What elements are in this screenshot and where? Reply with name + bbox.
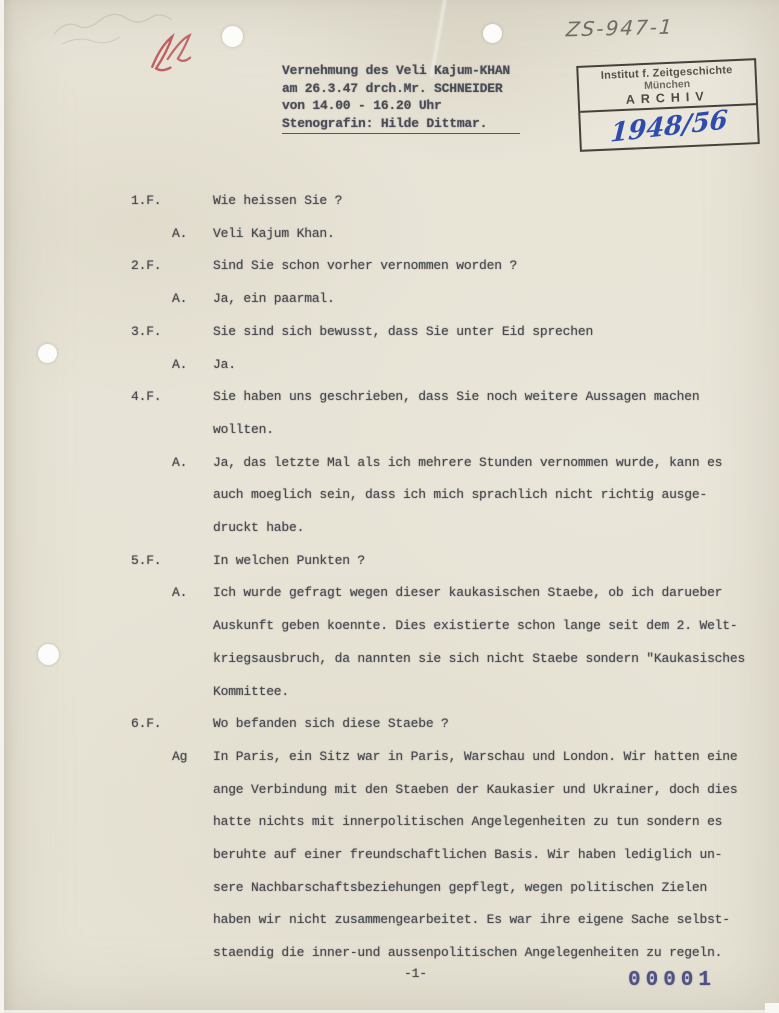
line-text: auch moeglich sein, dass ich mich sprach… (213, 487, 707, 502)
transcript-body: 1.F.Wie heissen Sie ?A.Veli Kajum Khan.2… (0, 0, 779, 1013)
scanned-document-page: ZS-947-1 Vernehmung des Veli Kajum-KHAN … (0, 0, 779, 1013)
line-text: haben wir nicht zusammengearbeitet. Es w… (213, 912, 730, 927)
line-label: Ag (172, 749, 187, 764)
serial-number-stamp: 00001 (628, 969, 716, 992)
continuation-line: ange Verbindung mit den Staeben der Kauk… (0, 782, 779, 804)
line-label: A. (172, 455, 187, 470)
line-text: In welchen Punkten ? (213, 553, 365, 568)
continuation-line: beruhte auf einer freundschaftlichen Bas… (0, 847, 779, 869)
answer-line: A.Ja. (0, 357, 779, 379)
continuation-line: sere Nachbarschaftsbeziehungen gepflegt,… (0, 880, 779, 902)
line-text: Ja, das letzte Mal als ich mehrere Stund… (213, 455, 722, 470)
line-label: 3.F. (131, 324, 161, 339)
line-text: kriegsausbruch, da nannten sie sich nich… (213, 651, 745, 666)
line-label: A. (172, 357, 187, 372)
answer-line: AgIn Paris, ein Sitz war in Paris, Warsc… (0, 749, 779, 771)
question-line: 1.F.Wie heissen Sie ? (0, 193, 779, 215)
line-label: A. (172, 226, 187, 241)
line-text: Sie haben uns geschrieben, dass Sie noch… (213, 389, 699, 404)
line-text: Auskunft geben koennte. Dies existierte … (213, 618, 738, 633)
answer-line: A.Ja, das letzte Mal als ich mehrere Stu… (0, 455, 779, 477)
question-line: 3.F.Sie sind sich bewusst, dass Sie unte… (0, 324, 779, 346)
line-text: Sind Sie schon vorher vernommen worden ? (213, 258, 517, 273)
line-text: Wo befanden sich diese Staebe ? (213, 716, 449, 731)
line-text: Ja. (213, 357, 236, 372)
line-text: Veli Kajum Khan. (213, 226, 335, 241)
line-text: Kommittee. (213, 684, 289, 699)
line-text: druckt habe. (213, 520, 304, 535)
continuation-line: wollten. (0, 422, 779, 444)
continuation-line: kriegsausbruch, da nannten sie sich nich… (0, 651, 779, 673)
continuation-line: haben wir nicht zusammengearbeitet. Es w… (0, 912, 779, 934)
line-text: ange Verbindung mit den Staeben der Kauk… (213, 782, 738, 797)
continuation-line: Kommittee. (0, 684, 779, 706)
question-line: 2.F.Sind Sie schon vorher vernommen word… (0, 258, 779, 280)
line-label: 6.F. (131, 716, 161, 731)
continuation-line: hatte nichts mit innerpolitischen Angele… (0, 814, 779, 836)
line-label: 5.F. (131, 553, 161, 568)
question-line: 5.F.In welchen Punkten ? (0, 553, 779, 575)
answer-line: A.Veli Kajum Khan. (0, 226, 779, 248)
line-label: 1.F. (131, 193, 161, 208)
answer-line: A.Ich wurde gefragt wegen dieser kaukasi… (0, 585, 779, 607)
question-line: 4.F.Sie haben uns geschrieben, dass Sie … (0, 389, 779, 411)
answer-line: A.Ja, ein paarmal. (0, 291, 779, 313)
line-text: Sie sind sich bewusst, dass Sie unter Ei… (213, 324, 593, 339)
line-label: A. (172, 291, 187, 306)
line-label: 4.F. (131, 389, 161, 404)
line-label: 2.F. (131, 258, 161, 273)
line-label: A. (172, 585, 187, 600)
line-text: wollten. (213, 422, 274, 437)
line-text: hatte nichts mit innerpolitischen Angele… (213, 814, 722, 829)
continuation-line: staendig die inner-und aussenpolitischen… (0, 945, 779, 967)
line-text: Ja, ein paarmal. (213, 291, 335, 306)
question-line: 6.F.Wo befanden sich diese Staebe ? (0, 716, 779, 738)
line-text: In Paris, ein Sitz war in Paris, Warscha… (213, 749, 738, 764)
continuation-line: auch moeglich sein, dass ich mich sprach… (0, 487, 779, 509)
line-text: Wie heissen Sie ? (213, 193, 342, 208)
line-text: staendig die inner-und aussenpolitischen… (213, 945, 722, 960)
continuation-line: Auskunft geben koennte. Dies existierte … (0, 618, 779, 640)
line-text: Ich wurde gefragt wegen dieser kaukasisc… (213, 585, 722, 600)
continuation-line: druckt habe. (0, 520, 779, 542)
page-number: -1- (404, 966, 427, 981)
line-text: beruhte auf einer freundschaftlichen Bas… (213, 847, 722, 862)
line-text: sere Nachbarschaftsbeziehungen gepflegt,… (213, 880, 707, 895)
